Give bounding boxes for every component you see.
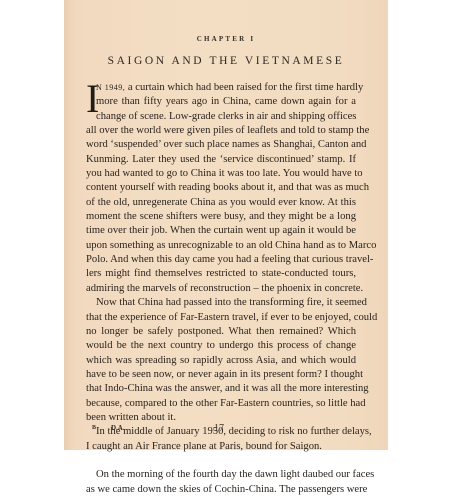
text-line: I caught an Air France plane at Paris, b…	[86, 440, 356, 452]
text-line: have to be seen now, or never again in i…	[86, 368, 356, 382]
text-line: you had wanted to go to China it was too…	[86, 167, 356, 181]
text-line: of the old, unregenerate China as you wo…	[86, 196, 356, 210]
text-line: all over the world were given piles of l…	[86, 124, 356, 138]
text-line: that Indo-China was the answer, and it w…	[86, 382, 356, 396]
opening-smallcaps: N 1949,	[96, 83, 125, 92]
book-page: CHAPTER I SAIGON AND THE VIETNAMESE I N …	[64, 0, 388, 450]
text-line: more than fifty years ago in China, came…	[86, 95, 356, 109]
text-line: N 1949, a curtain which had been raised …	[86, 81, 356, 95]
text-line: that the experience of Far-Eastern trave…	[86, 311, 356, 325]
text-line: no longer be safely postponed. What then…	[86, 325, 356, 339]
chapter-label: CHAPTER I	[64, 35, 388, 43]
page-number: 17	[214, 423, 224, 434]
page-footer: B D.A. 17	[64, 424, 388, 436]
signature-mark: B	[92, 425, 96, 431]
drop-cap: I	[86, 82, 99, 116]
text-line: because, compared to the other Far-Easte…	[86, 397, 356, 411]
text-line: upon something as unrecognizable to an o…	[86, 239, 356, 253]
text-line: would be the next country to undergo thi…	[86, 339, 356, 353]
body-text: I N 1949, a curtain which had been raise…	[86, 81, 356, 452]
text-line: word ‘suspended’ over such place names a…	[86, 138, 356, 152]
text-line: lers might find themselves restricted to…	[86, 267, 356, 281]
chapter-title: SAIGON AND THE VIETNAMESE	[64, 55, 388, 67]
text-line: Kunming. Later they used the ‘service di…	[86, 153, 356, 167]
text-line: Polo. And when this day came you had a f…	[86, 253, 356, 267]
text-line: moment the scene shifters were busy, and…	[86, 210, 356, 224]
text-line: content yourself with reading books abou…	[86, 181, 356, 195]
text-line: admiring the marvels of reconstruction –…	[86, 282, 356, 296]
text-line: time over their job. When the curtain we…	[86, 224, 356, 238]
text-line: change of scene. Low-grade clerks in air…	[86, 110, 356, 124]
text-line: Now that China had passed into the trans…	[86, 296, 356, 310]
signature-initials: D.A.	[111, 424, 125, 432]
text-line: which was spreading so rapidly across As…	[86, 354, 356, 368]
